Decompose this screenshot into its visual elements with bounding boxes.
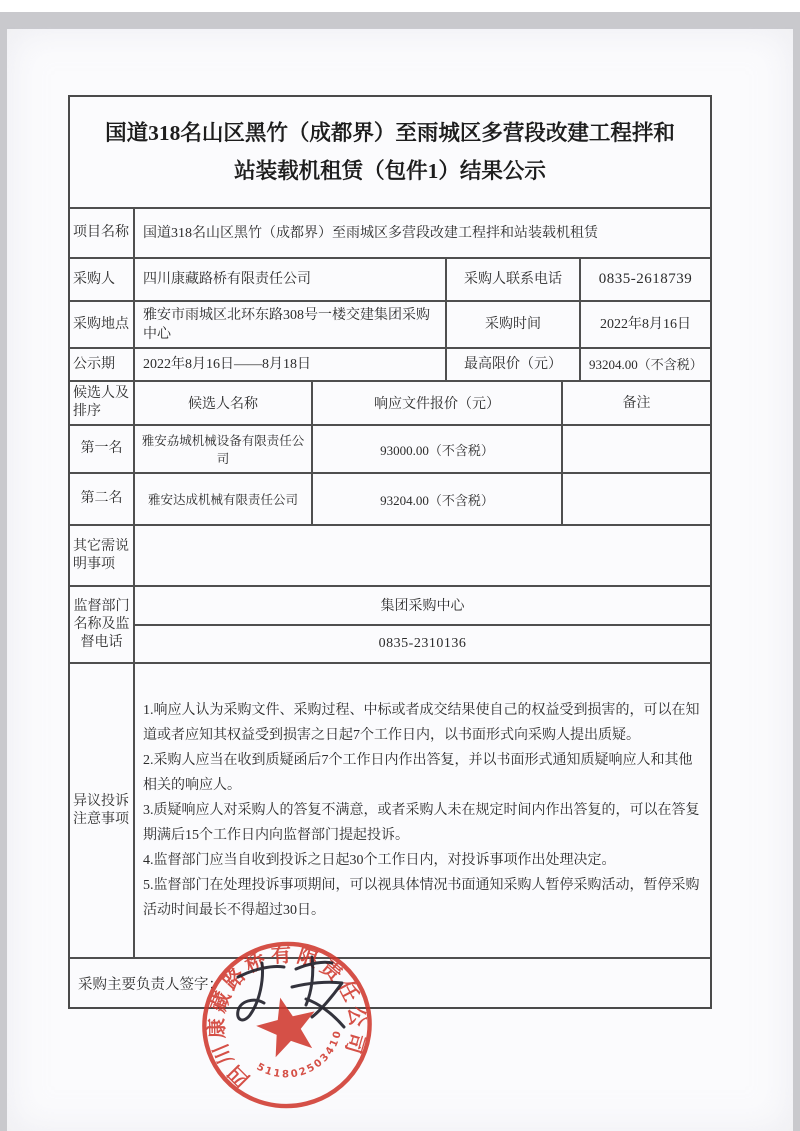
other-notes-row: 其它需说明事项 bbox=[70, 524, 710, 585]
supervision-row: 监督部门名称及监督电话 集团采购中心 0835-2310136 bbox=[70, 585, 710, 662]
candidate-2-remark bbox=[561, 474, 710, 524]
purchase-time-value: 2022年8月16日 bbox=[579, 302, 710, 347]
publicity-period-label: 公示期 bbox=[70, 349, 133, 380]
result-announcement-table: 国道318名山区黑竹（成都界）至雨城区多营段改建工程拌和站装载机租赁（包件1）结… bbox=[68, 95, 712, 1009]
supervision-department: 集团采购中心 bbox=[135, 587, 710, 624]
title-row: 国道318名山区黑竹（成都界）至雨城区多营段改建工程拌和站装载机租赁（包件1）结… bbox=[70, 97, 710, 207]
candidate-1-price: 93000.00（不含税） bbox=[311, 426, 561, 472]
page-fold-line bbox=[7, 27, 793, 29]
purchase-time-label: 采购时间 bbox=[445, 302, 579, 347]
objection-notes-label: 异议投诉注意事项 bbox=[70, 664, 133, 957]
max-price-value: 93204.00（不含税） bbox=[579, 349, 710, 380]
candidate-2-rank: 第二名 bbox=[70, 474, 133, 524]
candidate-remark-header: 备注 bbox=[561, 382, 710, 424]
other-notes-label: 其它需说明事项 bbox=[70, 526, 133, 585]
location-row: 采购地点 雅安市雨城区北环东路308号一楼交建集团采购中心 采购时间 2022年… bbox=[70, 300, 710, 347]
signature-label: 采购主要负责人签字： bbox=[70, 959, 710, 1007]
candidate-1-rank: 第一名 bbox=[70, 426, 133, 472]
project-name-value: 国道318名山区黑竹（成都界）至雨城区多营段改建工程拌和站装载机租赁 bbox=[133, 209, 710, 257]
objection-notes-row: 异议投诉注意事项 1.响应人认为采购文件、采购过程、中标或者成交结果使自己的权益… bbox=[70, 662, 710, 957]
candidate-name-header: 候选人名称 bbox=[133, 382, 311, 424]
objection-item-5: 5.监督部门在处理投诉事项期间，可以视具体情况书面通知采购人暂停采购活动，暂停采… bbox=[143, 873, 700, 923]
publicity-period-value: 2022年8月16日——8月18日 bbox=[133, 349, 445, 380]
document-title: 国道318名山区黑竹（成都界）至雨城区多营段改建工程拌和站装载机租赁（包件1）结… bbox=[70, 97, 710, 207]
candidate-row-2: 第二名 雅安达成机械有限责任公司 93204.00（不含税） bbox=[70, 472, 710, 524]
candidates-header-row: 候选人及排序 候选人名称 响应文件报价（元） 备注 bbox=[70, 380, 710, 424]
supervision-values: 集团采购中心 0835-2310136 bbox=[133, 587, 710, 662]
other-notes-value bbox=[133, 526, 710, 585]
publicity-period-row: 公示期 2022年8月16日——8月18日 最高限价（元） 93204.00（不… bbox=[70, 347, 710, 380]
candidate-row-1: 第一名 雅安劦城机械设备有限责任公司 93000.00（不含税） bbox=[70, 424, 710, 472]
candidate-2-name: 雅安达成机械有限责任公司 bbox=[133, 474, 311, 524]
signature-row: 采购主要负责人签字： bbox=[70, 957, 710, 1007]
candidate-1-name: 雅安劦城机械设备有限责任公司 bbox=[133, 426, 311, 472]
supervision-label: 监督部门名称及监督电话 bbox=[70, 587, 133, 662]
project-name-row: 项目名称 国道318名山区黑竹（成都界）至雨城区多营段改建工程拌和站装载机租赁 bbox=[70, 207, 710, 257]
purchaser-value: 四川康藏路桥有限责任公司 bbox=[133, 259, 445, 300]
scanner-background: 国道318名山区黑竹（成都界）至雨城区多营段改建工程拌和站装载机租赁（包件1）结… bbox=[0, 12, 800, 1131]
objection-item-4: 4.监督部门应当自收到投诉之日起30个工作日内，对投诉事项作出处理决定。 bbox=[143, 848, 700, 873]
location-label: 采购地点 bbox=[70, 302, 133, 347]
objection-notes-body: 1.响应人认为采购文件、采购过程、中标或者成交结果使自己的权益受到损害的，可以在… bbox=[135, 694, 710, 927]
candidate-price-header: 响应文件报价（元） bbox=[311, 382, 561, 424]
purchaser-row: 采购人 四川康藏路桥有限责任公司 采购人联系电话 0835-2618739 bbox=[70, 257, 710, 300]
candidates-label: 候选人及排序 bbox=[70, 382, 133, 424]
max-price-label: 最高限价（元） bbox=[445, 349, 579, 380]
document-page: 国道318名山区黑竹（成都界）至雨城区多营段改建工程拌和站装载机租赁（包件1）结… bbox=[7, 27, 793, 1131]
supervision-phone: 0835-2310136 bbox=[135, 624, 710, 663]
objection-item-1: 1.响应人认为采购文件、采购过程、中标或者成交结果使自己的权益受到损害的，可以在… bbox=[143, 698, 700, 748]
candidate-2-price: 93204.00（不含税） bbox=[311, 474, 561, 524]
objection-item-3: 3.质疑响应人对采购人的答复不满意，或者采购人未在规定时间内作出答复的，可以在答… bbox=[143, 798, 700, 848]
objection-item-2: 2.采购人应当在收到质疑函后7个工作日内作出答复，并以书面形式通知质疑响应人和其… bbox=[143, 748, 700, 798]
project-name-label: 项目名称 bbox=[70, 209, 133, 257]
candidate-1-remark bbox=[561, 426, 710, 472]
purchaser-label: 采购人 bbox=[70, 259, 133, 300]
purchaser-phone-label: 采购人联系电话 bbox=[445, 259, 579, 300]
location-value: 雅安市雨城区北环东路308号一楼交建集团采购中心 bbox=[133, 302, 445, 347]
purchaser-phone-value: 0835-2618739 bbox=[579, 259, 710, 300]
